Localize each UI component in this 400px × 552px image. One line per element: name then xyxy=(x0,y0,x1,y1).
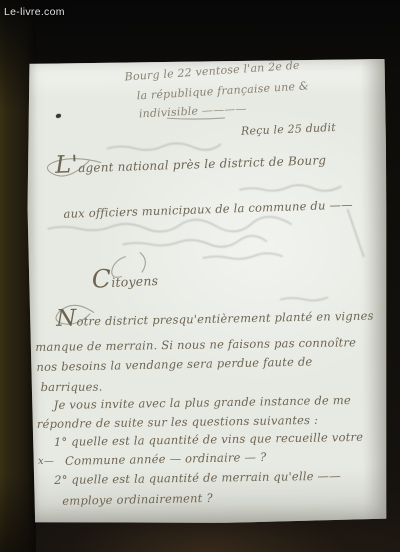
body-line-5: Je vous invite avec la plus grande insta… xyxy=(54,393,351,412)
question-1-line-1: 1° quelle est la quantité de vins que re… xyxy=(54,430,363,449)
pen-flourishes xyxy=(47,118,226,324)
received-note: Reçu le 25 dudit xyxy=(241,121,336,138)
ink-blot xyxy=(56,114,61,118)
dateline-place-date: Bourg le 22 ventose l'an 2e de xyxy=(124,59,300,84)
manuscript-letter-page: Bourg le 22 ventose l'an 2e de la républ… xyxy=(27,59,389,524)
question-2-line-1: 2° quelle est la quantité de merrain qu'… xyxy=(54,469,341,487)
question-1-line-2: Commune année — ordinaire — ? xyxy=(65,450,267,468)
dateline-republic: la république française une & xyxy=(136,79,309,102)
site-watermark: Le-livre.com xyxy=(4,6,65,18)
body-line-4: barriques. xyxy=(41,380,103,394)
photo-scene: Le-livre.com Bourg le 22 ventose l'an 2e… xyxy=(0,0,400,552)
question-2-line-2: employe ordinairement ? xyxy=(62,491,213,508)
sender-line: L'agent national près le district de Bou… xyxy=(55,152,326,176)
dateline-indivisible: indivisible ———— xyxy=(139,102,247,120)
salutation: Citoyens xyxy=(92,272,159,291)
body-line-1: Notre district presqu'entièrement planté… xyxy=(56,309,374,329)
addressee-line: aux officiers municipaux de la commune d… xyxy=(63,198,353,221)
body-line-3: nos besoins la vendange sera perdue faut… xyxy=(36,355,312,375)
margin-mark: x— xyxy=(38,456,54,467)
body-line-2: manque de merrain. Si nous ne faisons pa… xyxy=(35,335,356,354)
body-line-6: répondre de suite sur les questions suiv… xyxy=(37,413,319,431)
